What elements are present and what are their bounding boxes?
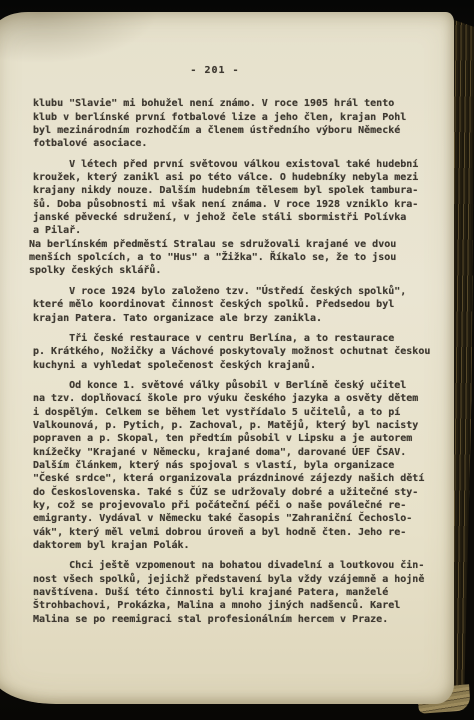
text-line: šů. Doba působnosti mi však není známa. …: [33, 198, 437, 211]
text-line: janské pěvecké sdružení, v jehož čele st…: [33, 211, 437, 224]
text-line: fotbalové asociace.: [33, 137, 437, 150]
text-line: ky, což se projevovalo při počáteční péč…: [33, 499, 437, 512]
paragraph: klubu "Slavie" mi bohužel není známo. V …: [33, 97, 437, 150]
text-line: i dospělým. Celkem se během let vystřída…: [33, 406, 437, 419]
text-line: krajan Patera. Tato organizace ale brzy …: [33, 312, 437, 325]
paragraph: Chci ještě vzpomenout na bohatou divadel…: [33, 559, 437, 626]
text-line: V létech před první světovou válkou exis…: [33, 158, 437, 171]
text-line: "České srdce", která organizovala prázdn…: [33, 472, 437, 485]
scanned-book-photo: - 201 - klubu "Slavie" mi bohužel není z…: [0, 0, 474, 720]
text-line: Štrohbachovi, Prokázka, Malina a mnoho j…: [33, 599, 437, 612]
text-line: Malina se po reemigraci stal profesionál…: [33, 613, 437, 626]
text-line: popraven a p. Skopal, ten předtím působi…: [33, 432, 437, 445]
text-line: Chci ještě vzpomenout na bohatou divadel…: [33, 559, 437, 572]
text-line: kroužek, který zanikl asi po této válce.…: [33, 171, 437, 184]
paragraph: Od konce 1. světové války působil v Berl…: [33, 379, 437, 552]
page-content: - 201 - klubu "Slavie" mi bohužel není z…: [33, 64, 437, 626]
text-line: klubu "Slavie" mi bohužel není známo. V …: [33, 97, 437, 110]
page-number: - 201 -: [33, 64, 397, 77]
text-line: emigranty. Vydával v Německu také časopi…: [33, 512, 437, 525]
typewritten-text: klubu "Slavie" mi bohužel není známo. V …: [33, 97, 437, 626]
text-line: Valkounová, p. Pytich, p. Zachoval, p. M…: [33, 419, 437, 432]
text-line: Od konce 1. světové války působil v Berl…: [33, 379, 437, 392]
paragraph: V létech před první světovou válkou exis…: [33, 158, 437, 238]
text-line: daktorem byl krajan Polák.: [33, 539, 437, 552]
paragraph: Tři české restaurace v centru Berlína, a…: [33, 332, 437, 372]
text-line: spolky českých sklářů.: [29, 264, 437, 277]
text-line: p. Krátkého, Nožičky a Váchové poskytova…: [33, 345, 437, 358]
text-line: byl mezinárodním rozhodčím a členem ústř…: [33, 124, 437, 137]
paragraph: Na berlínském předměstí Stralau se sdruž…: [29, 238, 437, 278]
text-line: vák", který měl velmi dobrou úroveň a by…: [33, 526, 437, 539]
text-line: kuchyni a vyhledat společenost českých k…: [33, 359, 437, 372]
text-line: Dalším článkem, který nás spojoval s vla…: [33, 459, 437, 472]
book-page: - 201 - klubu "Slavie" mi bohužel není z…: [0, 12, 454, 704]
text-line: které mělo koordinovat činnost českých s…: [33, 298, 437, 311]
text-line: knížečky "Krajané v Německu, krajané dom…: [33, 446, 437, 459]
text-line: krajany nikdy nouze. Dalším hudebním těl…: [33, 184, 437, 197]
text-line: a Pilař.: [33, 224, 437, 237]
text-line: na tzv. doplňovací škole pro výuku české…: [33, 392, 437, 405]
text-line: do Československa. Také s ČÚZ se udržova…: [33, 486, 437, 499]
text-line: menších spolcích, a to "Hus" a "Žižka". …: [29, 251, 437, 264]
text-line: navštívena. Duší této činnosti byli kraj…: [33, 586, 437, 599]
text-line: klub v berlínské první fotbalové lize a …: [33, 111, 437, 124]
text-line: nost všech spolků, jejichž představení b…: [33, 573, 437, 586]
text-line: Na berlínském předměstí Stralau se sdruž…: [29, 238, 437, 251]
text-line: V roce 1924 bylo založeno tzv. "Ústředí …: [33, 285, 437, 298]
paragraph: V roce 1924 bylo založeno tzv. "Ústředí …: [33, 285, 437, 325]
text-line: Tři české restaurace v centru Berlína, a…: [33, 332, 437, 345]
